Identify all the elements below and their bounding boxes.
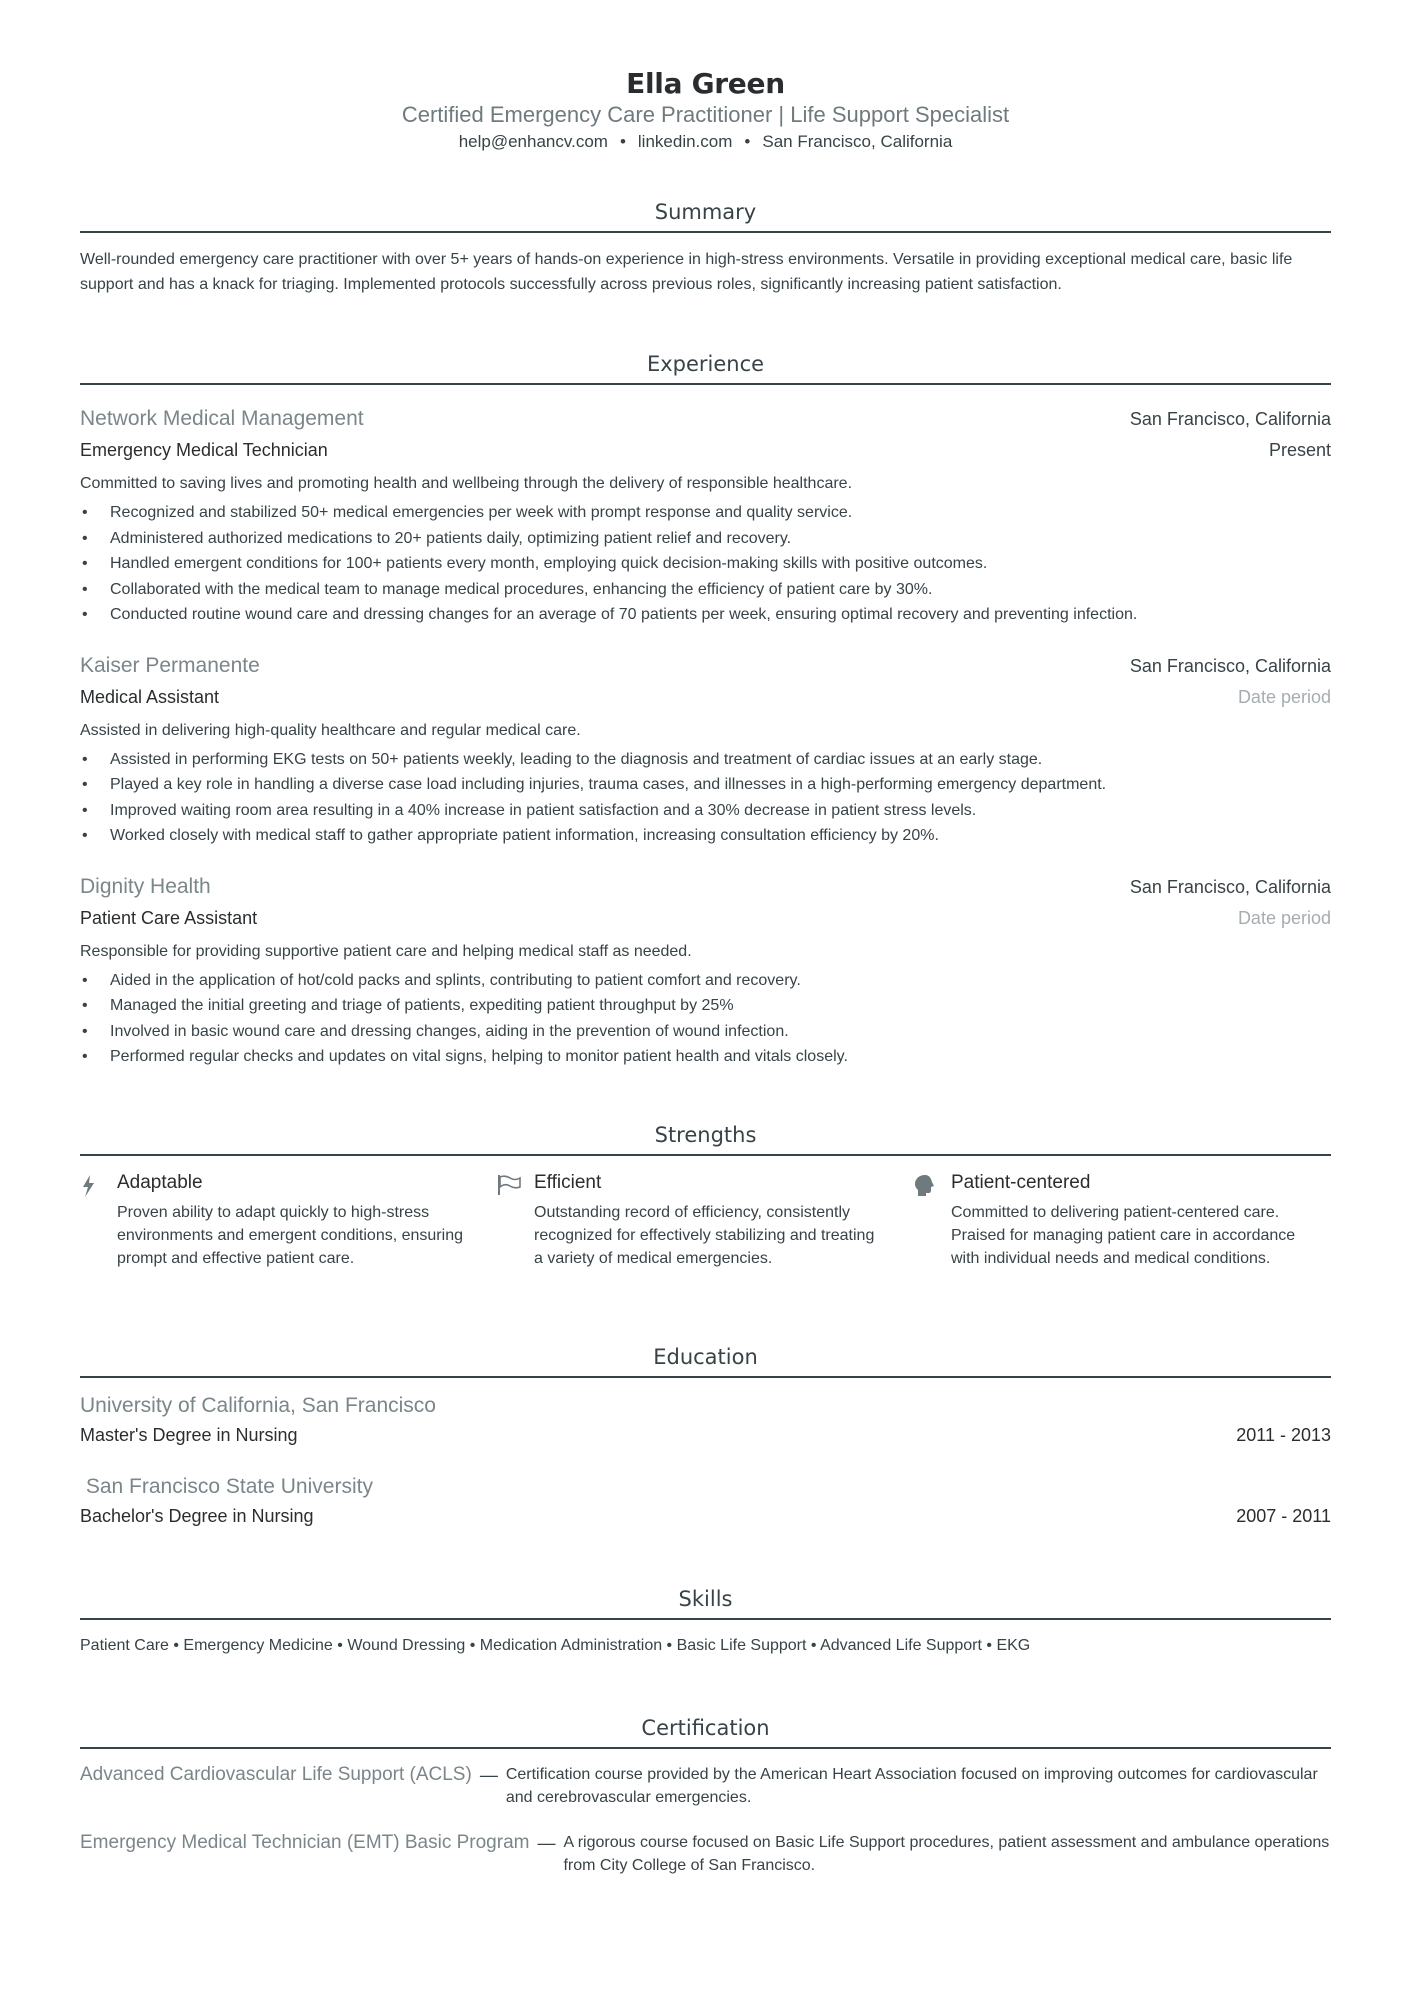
certification-name: Emergency Medical Technician (EMT) Basic… bbox=[80, 1831, 529, 1877]
strengths-section: Strengths AdaptableProven ability to ada… bbox=[80, 1120, 1331, 1270]
summary-section: Summary Well-rounded emergency care prac… bbox=[80, 197, 1331, 297]
degree-name: Master's Degree in Nursing bbox=[80, 1421, 298, 1449]
experience-item: Network Medical ManagementSan Francisco,… bbox=[80, 403, 1331, 628]
strength-title: Efficient bbox=[534, 1170, 884, 1196]
job-title: Medical Assistant bbox=[80, 682, 219, 712]
education-degree-row: Master's Degree in Nursing2011 - 2013 bbox=[80, 1421, 1331, 1449]
achievement-bullet: Improved waiting room area resulting in … bbox=[80, 798, 1331, 824]
strength-title: Patient-centered bbox=[951, 1170, 1301, 1196]
section-heading: Education bbox=[80, 1342, 1331, 1372]
education-item: University of California, San FranciscoM… bbox=[80, 1390, 1331, 1449]
experience-role-row: Emergency Medical TechnicianPresent bbox=[80, 435, 1331, 465]
experience-header-row: Dignity HealthSan Francisco, California bbox=[80, 871, 1331, 903]
achievement-bullet: Involved in basic wound care and dressin… bbox=[80, 1019, 1331, 1045]
education-degree-row: Bachelor's Degree in Nursing2007 - 2011 bbox=[80, 1502, 1331, 1530]
strength-item: EfficientOutstanding record of efficienc… bbox=[497, 1170, 914, 1270]
section-divider bbox=[80, 1618, 1331, 1620]
job-title: Patient Care Assistant bbox=[80, 903, 257, 933]
experience-section: Experience Network Medical ManagementSan… bbox=[80, 349, 1331, 1070]
job-location: San Francisco, California bbox=[1130, 872, 1331, 903]
experience-role-row: Medical AssistantDate period bbox=[80, 682, 1331, 712]
strengths-list: AdaptableProven ability to adapt quickly… bbox=[80, 1170, 1331, 1270]
education-item: San Francisco State UniversityBachelor's… bbox=[80, 1471, 1331, 1530]
section-divider bbox=[80, 1154, 1331, 1156]
achievement-bullet: Performed regular checks and updates on … bbox=[80, 1044, 1331, 1070]
school-name: San Francisco State University bbox=[80, 1471, 1331, 1502]
flag-icon bbox=[497, 1170, 534, 1270]
job-date: Date period bbox=[1238, 682, 1331, 712]
section-divider bbox=[80, 1376, 1331, 1378]
strength-body: AdaptableProven ability to adapt quickly… bbox=[117, 1170, 467, 1270]
education-list: University of California, San FranciscoM… bbox=[80, 1390, 1331, 1530]
job-title: Emergency Medical Technician bbox=[80, 435, 328, 465]
certification-section: Certification Advanced Cardiovascular Li… bbox=[80, 1713, 1331, 1877]
achievement-bullet: Administered authorized medications to 2… bbox=[80, 526, 1331, 552]
job-date: Present bbox=[1269, 435, 1331, 465]
job-description: Committed to saving lives and promoting … bbox=[80, 471, 1331, 496]
section-heading: Experience bbox=[80, 349, 1331, 379]
strength-description: Committed to delivering patient-centered… bbox=[951, 1201, 1301, 1270]
section-heading: Strengths bbox=[80, 1120, 1331, 1150]
strength-body: Patient-centeredCommitted to delivering … bbox=[951, 1170, 1301, 1270]
job-location: San Francisco, California bbox=[1130, 651, 1331, 682]
section-heading: Summary bbox=[80, 197, 1331, 227]
experience-role-row: Patient Care AssistantDate period bbox=[80, 903, 1331, 933]
summary-text: Well-rounded emergency care practitioner… bbox=[80, 247, 1331, 297]
head-brain-icon bbox=[914, 1170, 951, 1270]
experience-header-row: Network Medical ManagementSan Francisco,… bbox=[80, 403, 1331, 435]
lightning-bolt-icon bbox=[80, 1170, 117, 1270]
job-date: Date period bbox=[1238, 903, 1331, 933]
achievement-bullet: Collaborated with the medical team to ma… bbox=[80, 577, 1331, 603]
achievement-bullet: Worked closely with medical staff to gat… bbox=[80, 823, 1331, 849]
strength-description: Outstanding record of efficiency, consis… bbox=[534, 1201, 884, 1270]
achievement-bullet: Managed the initial greeting and triage … bbox=[80, 993, 1331, 1019]
degree-name: Bachelor's Degree in Nursing bbox=[80, 1502, 314, 1530]
experience-list: Network Medical ManagementSan Francisco,… bbox=[80, 403, 1331, 1070]
certification-description: Certification course provided by the Ame… bbox=[506, 1763, 1331, 1809]
company-name: Network Medical Management bbox=[80, 403, 364, 434]
section-heading: Certification bbox=[80, 1713, 1331, 1743]
job-description: Assisted in delivering high-quality heal… bbox=[80, 718, 1331, 743]
separator: • bbox=[620, 132, 626, 151]
job-description: Responsible for providing supportive pat… bbox=[80, 939, 1331, 964]
achievement-bullet: Played a key role in handling a diverse … bbox=[80, 772, 1331, 798]
job-location: San Francisco, California bbox=[1130, 404, 1331, 435]
section-divider bbox=[80, 1747, 1331, 1749]
separator: • bbox=[744, 132, 750, 151]
education-years: 2011 - 2013 bbox=[1236, 1421, 1331, 1449]
strength-body: EfficientOutstanding record of efficienc… bbox=[534, 1170, 884, 1270]
strength-item: Patient-centeredCommitted to delivering … bbox=[914, 1170, 1331, 1270]
section-heading: Skills bbox=[80, 1584, 1331, 1614]
achievement-bullet: Conducted routine wound care and dressin… bbox=[80, 602, 1331, 628]
company-name: Dignity Health bbox=[80, 871, 211, 902]
resume-header: Ella Green Certified Emergency Care Prac… bbox=[80, 0, 1331, 154]
achievement-list: Recognized and stabilized 50+ medical em… bbox=[80, 500, 1331, 628]
experience-item: Kaiser PermanenteSan Francisco, Californ… bbox=[80, 650, 1331, 849]
education-section: Education University of California, San … bbox=[80, 1342, 1331, 1530]
skills-section: Skills Patient Care • Emergency Medicine… bbox=[80, 1584, 1331, 1658]
dash-separator: — bbox=[537, 1831, 555, 1877]
dash-separator: — bbox=[480, 1763, 498, 1809]
candidate-name: Ella Green bbox=[80, 66, 1331, 102]
resume-page: Ella Green Certified Emergency Care Prac… bbox=[80, 0, 1331, 154]
linkedin-link[interactable]: linkedin.com bbox=[638, 132, 733, 151]
certification-item: Emergency Medical Technician (EMT) Basic… bbox=[80, 1831, 1331, 1877]
achievement-bullet: Recognized and stabilized 50+ medical em… bbox=[80, 500, 1331, 526]
candidate-title: Certified Emergency Care Practitioner | … bbox=[80, 100, 1331, 130]
achievement-list: Assisted in performing EKG tests on 50+ … bbox=[80, 747, 1331, 849]
strength-item: AdaptableProven ability to adapt quickly… bbox=[80, 1170, 497, 1270]
strength-title: Adaptable bbox=[117, 1170, 467, 1196]
section-divider bbox=[80, 231, 1331, 233]
experience-header-row: Kaiser PermanenteSan Francisco, Californ… bbox=[80, 650, 1331, 682]
certification-name: Advanced Cardiovascular Life Support (AC… bbox=[80, 1763, 472, 1809]
achievement-bullet: Handled emergent conditions for 100+ pat… bbox=[80, 551, 1331, 577]
achievement-list: Aided in the application of hot/cold pac… bbox=[80, 968, 1331, 1070]
company-name: Kaiser Permanente bbox=[80, 650, 260, 681]
skills-list: Patient Care • Emergency Medicine • Woun… bbox=[80, 1634, 1331, 1658]
contact-line: help@enhancv.com•linkedin.com•San Franci… bbox=[80, 130, 1331, 154]
location-text: San Francisco, California bbox=[762, 132, 952, 151]
section-divider bbox=[80, 383, 1331, 385]
certification-list: Advanced Cardiovascular Life Support (AC… bbox=[80, 1763, 1331, 1877]
achievement-bullet: Aided in the application of hot/cold pac… bbox=[80, 968, 1331, 994]
certification-item: Advanced Cardiovascular Life Support (AC… bbox=[80, 1763, 1331, 1809]
experience-item: Dignity HealthSan Francisco, CaliforniaP… bbox=[80, 871, 1331, 1070]
strength-description: Proven ability to adapt quickly to high-… bbox=[117, 1201, 467, 1270]
certification-description: A rigorous course focused on Basic Life … bbox=[563, 1831, 1331, 1877]
school-name: University of California, San Francisco bbox=[80, 1390, 1331, 1421]
email-link[interactable]: help@enhancv.com bbox=[459, 132, 608, 151]
achievement-bullet: Assisted in performing EKG tests on 50+ … bbox=[80, 747, 1331, 773]
education-years: 2007 - 2011 bbox=[1236, 1502, 1331, 1530]
